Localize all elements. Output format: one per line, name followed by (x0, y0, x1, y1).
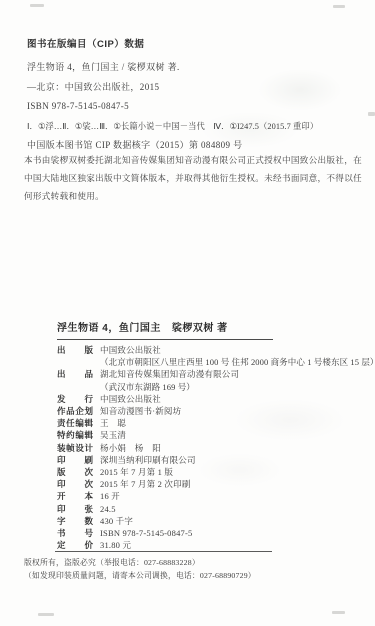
producer-address: （武汉市东湖路 169 号） (100, 381, 357, 393)
row-distributor: 发行中国致公出版社 (57, 393, 357, 405)
row-label: 版次 (57, 466, 93, 478)
publisher-address: （北京市朝阳区八里庄西里 100 号 住邦 2000 商务中心 1 号楼东区 1… (100, 356, 357, 368)
row-editor: 责任编辑王 聪 (57, 417, 357, 429)
authorization-notice: 本书由裟椤双树委托湖北知音传媒集团知音动漫有限公司正式授权中国致公出版社，在中国… (24, 151, 362, 205)
row-label: 责任编辑 (57, 417, 93, 429)
row-edition: 版次2015 年 7 月第 1 版 (57, 466, 357, 478)
footer-notices: 版权所有，盗版必究（举报电话：027-68883228） （如发现印装质量问题，… (24, 557, 364, 582)
row-planning: 作品企划知音动漫图书·新阅坊 (57, 405, 357, 417)
row-value: 吴玉清 (100, 430, 126, 440)
row-value: 深圳当纳利印刷有限公司 (100, 455, 196, 465)
row-printer: 印刷深圳当纳利印刷有限公司 (57, 454, 357, 466)
row-word-count: 字数430 千字 (57, 515, 357, 527)
row-special-editor: 特约编辑吴玉清 (57, 429, 357, 441)
row-design: 装帧设计杨小娟 杨 阳 (57, 442, 357, 454)
row-value: 知音动漫图书·新阅坊 (100, 406, 181, 416)
row-isbn: 书号ISBN 978-7-5145-0847-5 (57, 527, 357, 539)
book-title: 浮生物语 4，鱼门国主 (57, 323, 161, 334)
row-value: 31.80 元 (100, 540, 131, 550)
row-label: 印次 (57, 478, 93, 490)
colophon: 浮生物语 4，鱼门国主裟椤双树 著 出版中国致公出版社 （北京市朝阳区八里庄西里… (57, 319, 357, 551)
row-publisher: 出版中国致公出版社 (57, 344, 357, 356)
row-label: 发行 (57, 393, 93, 405)
row-value: 16 开 (100, 491, 120, 501)
book-title-line: 浮生物语 4，鱼门国主裟椤双树 著 (57, 319, 357, 334)
row-label: 装帧设计 (57, 442, 93, 454)
publication-details: 出版中国致公出版社 （北京市朝阳区八里庄西里 100 号 住邦 2000 商务中… (57, 344, 357, 551)
row-value: ISBN 978-7-5145-0847-5 (100, 528, 192, 538)
cip-title-line: 浮生物语 4，鱼门国主 / 裟椤双树 著. (27, 58, 367, 78)
row-value: 湖北知音传媒集团知音动漫有限公司 (100, 369, 239, 379)
row-printing: 印次2015 年 7 月第 2 次印刷 (57, 478, 357, 490)
scan-artifact (368, 112, 375, 116)
scan-artifact (333, 5, 345, 8)
row-value: 中国致公出版社 (100, 345, 161, 355)
row-value: 2015 年 7 月第 2 次印刷 (100, 479, 191, 489)
row-value: 430 千字 (100, 516, 133, 526)
row-sheets: 印张24.5 (57, 503, 357, 515)
row-value: 王 聪 (100, 418, 126, 428)
cip-publisher-line: —北京：中国致公出版社，2015 (27, 78, 367, 98)
cip-header: 图书在版编目（CIP）数据 (27, 36, 367, 50)
cip-isbn-line: ISBN 978-7-5145-0847-5 (27, 97, 367, 117)
copyright-notice: 版权所有，盗版必究（举报电话：027-68883228） (24, 557, 364, 570)
book-author: 裟椤双树 著 (172, 323, 228, 334)
footer-rule (55, 551, 272, 552)
row-value: 杨小娟 杨 阳 (100, 443, 161, 453)
row-label: 印张 (57, 503, 93, 515)
divider-rule (57, 339, 273, 340)
row-label: 定价 (57, 539, 93, 551)
row-label: 出版 (57, 344, 93, 356)
row-label: 出品 (57, 368, 93, 380)
copyright-page: 图书在版编目（CIP）数据 浮生物语 4，鱼门国主 / 裟椤双树 著. —北京：… (0, 0, 375, 626)
scan-artifact (38, 613, 54, 616)
scan-artifact (30, 4, 44, 7)
row-label: 作品企划 (57, 405, 93, 417)
row-format: 开本16 开 (57, 490, 357, 502)
row-value: 24.5 (100, 504, 116, 514)
cip-classification-line: Ⅰ．①浮…Ⅱ．①裟…Ⅲ．①长篇小说－中国－当代 Ⅳ．①I247.5（2015.7… (27, 117, 367, 137)
row-label: 特约编辑 (57, 429, 93, 441)
row-label: 字数 (57, 515, 93, 527)
row-producer: 出品湖北知音传媒集团知音动漫有限公司 (57, 368, 357, 380)
scan-artifact (332, 611, 345, 614)
row-value: 中国致公出版社 (100, 394, 161, 404)
row-value: 2015 年 7 月第 1 版 (100, 467, 173, 477)
row-price: 定价31.80 元 (57, 539, 357, 551)
row-label: 书号 (57, 527, 93, 539)
quality-notice: （如发现印装质量问题，请寄本公司调换，电话：027-68890729） (24, 570, 364, 583)
row-label: 开本 (57, 490, 93, 502)
cip-block: 图书在版编目（CIP）数据 浮生物语 4，鱼门国主 / 裟椤双树 著. —北京：… (27, 36, 367, 156)
row-label: 印刷 (57, 454, 93, 466)
